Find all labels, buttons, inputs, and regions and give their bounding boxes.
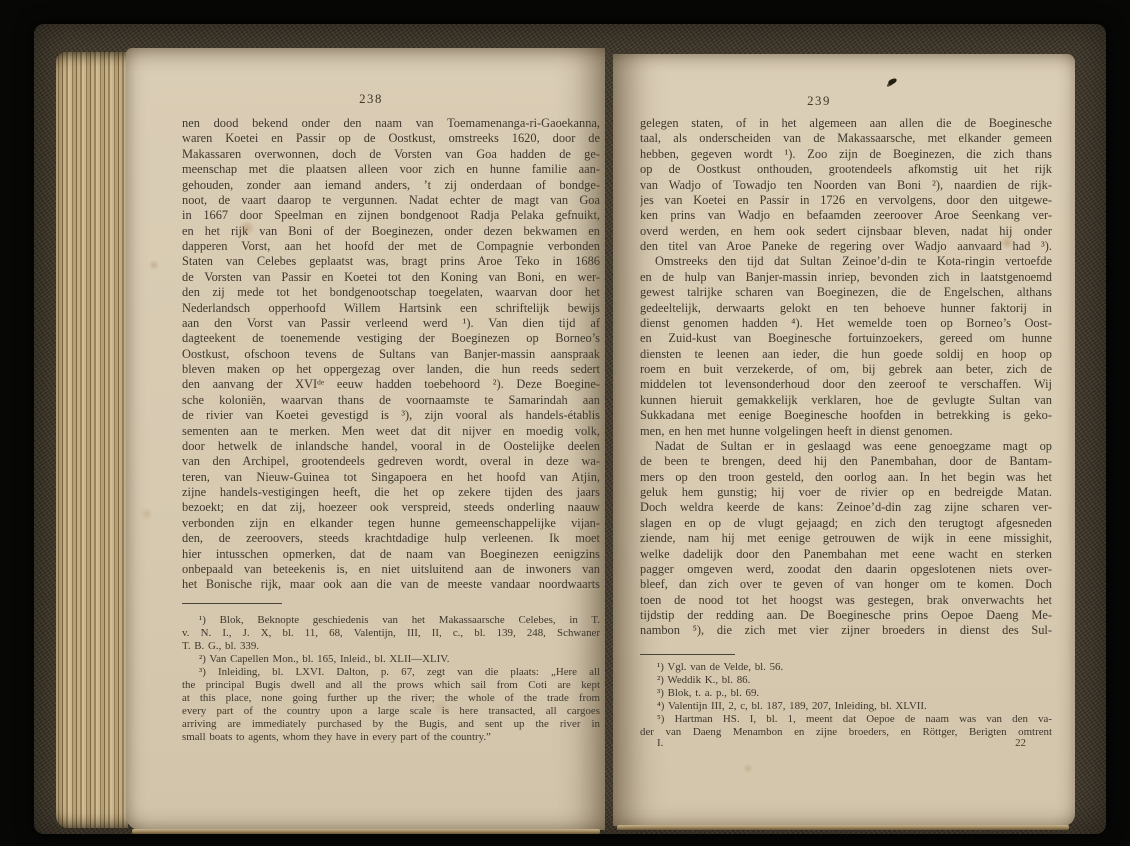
text-line: ziende, nam hij met eenige getrouwen de … xyxy=(640,531,1052,546)
text-line: hebben, gegeven wordt ¹). Zoo zijn de Bo… xyxy=(640,147,1052,162)
text-line: bleven maken op het oppergezag over land… xyxy=(182,362,600,377)
text-line: noot, de vaart daarop te vergunnen. Nada… xyxy=(182,193,600,208)
text-line: ³) Blok, t. a. p., bl. 69. xyxy=(640,687,1052,700)
left-page: 238 nen dood bekend onder den naam van T… xyxy=(126,48,605,830)
text-line: en de hulp van Banjer-massin inriep, bev… xyxy=(640,270,1052,285)
text-line: ⁴) Valentijn III, 2, c, bl. 187, 189, 20… xyxy=(640,700,1052,713)
page-number-left: 238 xyxy=(162,92,580,107)
text-line: ³) Inleiding, bl. LXVI. Dalton, p. 67, z… xyxy=(182,666,600,679)
text-line: het Bonische rijk, maar ook aan die van … xyxy=(182,577,600,592)
text-line: verbonden zijn en elkander tegen hunne g… xyxy=(182,516,600,531)
text-line: welke dadelijk door den Panembahan met e… xyxy=(640,547,1052,562)
text-line: tijdstip der redding aan. De Boeginesche… xyxy=(640,608,1052,623)
text-line: middelen tot levensonderhoud door den ze… xyxy=(640,377,1052,392)
text-line: de rivier van Koetei gevestigd is ³), zi… xyxy=(182,408,600,423)
text-line: ¹) Vgl. van de Velde, bl. 56. xyxy=(640,661,1052,674)
gathering-number: 22 xyxy=(1015,737,1052,749)
text-line: Doch weldra keerde de kans: Zeinoe’d-din… xyxy=(640,500,1052,515)
text-line: Oostkust, ofschoon tevens de Sultans van… xyxy=(182,347,600,362)
text-line: van den Archipel, grootendeels gedreven … xyxy=(182,454,600,469)
text-line: den aanvang der XVIᵈᵉ eeuw hadden toebeh… xyxy=(182,377,600,392)
text-line: Omstreeks den tijd dat Sultan Zeinoe’d-d… xyxy=(640,254,1052,269)
right-page: 239 gelegen staten, of in het algemeen a… xyxy=(613,54,1075,826)
text-line: at this place, none going further up the… xyxy=(182,692,600,705)
text-line: Staten van Celebes geplaatst was, bragt … xyxy=(182,254,600,269)
text-line: roem en buit verzekerde, of om, bij gebr… xyxy=(640,362,1052,377)
text-line: small boats to agents, whom they have in… xyxy=(182,731,600,744)
text-line: toen de nood tot het hoogst was gestegen… xyxy=(640,593,1052,608)
footnote-separator xyxy=(640,654,735,655)
text-line: en Zuid-kust van Boeginesche fortuinzoek… xyxy=(640,331,1052,346)
text-line: Sukkadana met eenige Boeginesche hoofden… xyxy=(640,408,1052,423)
text-line: sementen aan te merken. Men weet dat dit… xyxy=(182,424,600,439)
text-line: ¹) Blok, Beknopte geschiedenis van het M… xyxy=(182,614,600,627)
text-line: sche koloniën, waarvan thans de voornaam… xyxy=(182,393,600,408)
text-line: bleef, dan zich over te geven of van hon… xyxy=(640,577,1052,592)
text-line: ²) Weddik K., bl. 86. xyxy=(640,674,1052,687)
text-line: taal, als onderscheiden van de Makassaar… xyxy=(640,131,1052,146)
text-line: zijne handels-vestigingen heeft, die het… xyxy=(182,485,600,500)
text-line: waren Koetei en Passir op de Oostkust, o… xyxy=(182,131,600,146)
text-line: geluk hem gunstig; hij voer de rivier op… xyxy=(640,485,1052,500)
text-line: de Vorsten van Passir en Koetei tot den … xyxy=(182,270,600,285)
text-line: Nadat de Sultan er in geslaagd was eene … xyxy=(640,439,1052,454)
footnotes-left: ¹) Blok, Beknopte geschiedenis van het M… xyxy=(182,614,600,744)
text-line: aan den Vorst van Passir verleend werd ¹… xyxy=(182,316,600,331)
text-line: jes van Koetei en Passir in 1726 en verv… xyxy=(640,193,1052,208)
text-line: hier intusschen opmerken, dat de naam va… xyxy=(182,547,600,562)
text-line: nambon ⁵), die zich met vier zijner broe… xyxy=(640,623,1052,638)
text-line: dagteekent de toenemende vestiging der B… xyxy=(182,331,600,346)
body-text-left: nen dood bekend onder den naam van Toema… xyxy=(182,116,600,593)
text-line: gehouden, zonder aan iemand anders, ’t z… xyxy=(182,178,600,193)
page-stack-fore-edge xyxy=(56,52,128,828)
text-line: men, en hen met hunne volgelingen heeft … xyxy=(640,424,1052,439)
text-line: mers op den troon gesteld, den oorlog aa… xyxy=(640,470,1052,485)
page-number-right: 239 xyxy=(613,94,1025,109)
text-line: den, de zeeroovers, steeds krachtdadige … xyxy=(182,531,600,546)
text-line: the principal Bugis dwell and all the pr… xyxy=(182,679,600,692)
text-line: den titel van Aroe Paneke de regering ov… xyxy=(640,239,1052,254)
body-text-right: gelegen staten, of in het algemeen aan a… xyxy=(640,116,1052,639)
text-line: every part of the country upon a large s… xyxy=(182,705,600,718)
text-line: teren, van Nieuw-Guinea tot Singapoera e… xyxy=(182,470,600,485)
text-line: pagger omgeven werd, zoodat den daarin o… xyxy=(640,562,1052,577)
text-line: slagen en op de vlugt gejaagd; en zich d… xyxy=(640,516,1052,531)
text-line: den zij mede tot het bondgenootschap toe… xyxy=(182,285,600,300)
text-line: bezoekt; en dat zij, hoezeer ook verspre… xyxy=(182,500,600,515)
bottom-sheet-edges xyxy=(132,829,600,834)
text-line: T. B. G., bl. 339. xyxy=(182,640,600,653)
text-line: gedeeltelijk, derwaarts gelokt en ten be… xyxy=(640,301,1052,316)
signature-line: I. 22 xyxy=(640,737,1052,749)
text-line: door hetwelk de inlandsche handel, voora… xyxy=(182,439,600,454)
volume-signature: I. xyxy=(640,737,663,749)
text-line: diensten te leenen aan ieder, die hun go… xyxy=(640,347,1052,362)
text-line: in 1667 door Speelman en zijnen bondgeno… xyxy=(182,208,600,223)
text-line: onbepaald van beteekenis is, en niet uit… xyxy=(182,562,600,577)
text-line: v. N. I., J. X, bl. 11, 68, Valentijn, I… xyxy=(182,627,600,640)
text-line: overd werden, en hem ook sedert cijnsbaa… xyxy=(640,224,1052,239)
text-line: Nederlandsch opperhoofd Willem Hartsink … xyxy=(182,301,600,316)
text-line: arriving are immediately purchased by th… xyxy=(182,718,600,731)
text-line: kunnen hieruit gemakkelijk verklaren, ho… xyxy=(640,393,1052,408)
text-line: ken prins van Wadjo en befaamden zeeroov… xyxy=(640,208,1052,223)
bottom-sheet-edges xyxy=(617,825,1069,830)
text-line: van Wadjo of Towadjo ten Noorden van Bon… xyxy=(640,178,1052,193)
footnotes-right: ¹) Vgl. van de Velde, bl. 56.²) Weddik K… xyxy=(640,661,1052,739)
text-line: Makassaren overwonnen, doch de Vorsten v… xyxy=(182,147,600,162)
text-line: dapperen Vorst, aan het hoofd der met de… xyxy=(182,239,600,254)
text-line: de been te brengen, deed hij den Panemba… xyxy=(640,454,1052,469)
text-line: op de Oostkust onthouden, grootendeels a… xyxy=(640,162,1052,177)
book-photo: 238 nen dood bekend onder den naam van T… xyxy=(0,0,1130,846)
text-line: ⁵) Hartman HS. I, bl. 1, meent dat Oepoe… xyxy=(640,713,1052,726)
footnote-separator xyxy=(182,603,282,604)
text-line: gelegen staten, of in het algemeen aan a… xyxy=(640,116,1052,131)
text-line: nen dood bekend onder den naam van Toema… xyxy=(182,116,600,131)
text-line: dienst genomen hadden ⁴). Het wemelde to… xyxy=(640,316,1052,331)
text-line: meenschap met die plaatsen alleen voor z… xyxy=(182,162,600,177)
text-line: en het rijk van Boni of der Boeginezen, … xyxy=(182,224,600,239)
text-line: gewest talrijke scharen van Boeginezen, … xyxy=(640,285,1052,300)
text-line: ²) Van Capellen Mon., bl. 165, Inleid., … xyxy=(182,653,600,666)
